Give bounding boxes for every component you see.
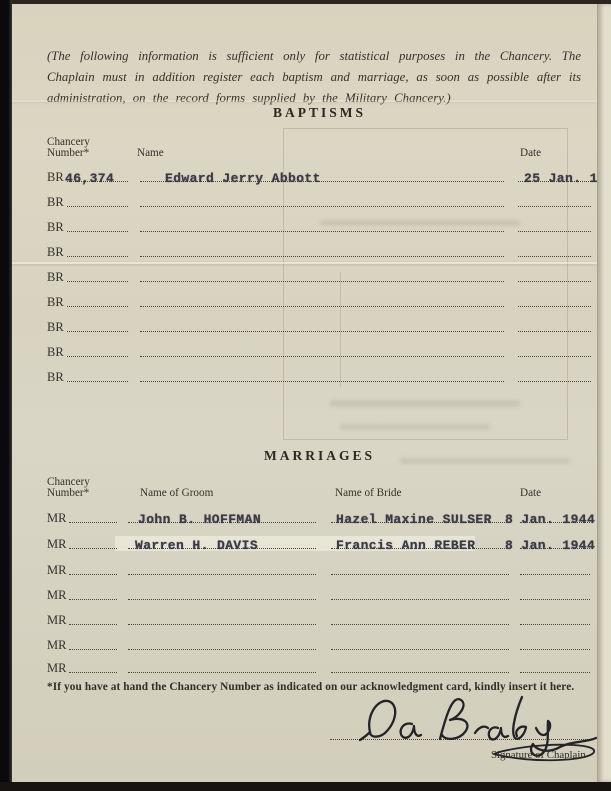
baptism-row: BR xyxy=(47,241,592,257)
bleed-through-text-smudge xyxy=(330,400,520,407)
marriage-row: MR xyxy=(47,657,592,673)
blank-line xyxy=(140,331,504,332)
marriage-row: MR xyxy=(47,584,592,600)
typed-marriage-date: 8 Jan. 1944 xyxy=(505,538,595,553)
blank-line xyxy=(69,522,117,523)
chancery-prefix: MR xyxy=(47,588,66,603)
blank-line xyxy=(140,356,504,357)
baptism-row: BR xyxy=(47,291,592,307)
blank-line xyxy=(518,231,591,232)
baptisms-chancery-header-line2: Number* xyxy=(47,147,89,159)
marriage-row: MR xyxy=(47,559,592,575)
chancery-prefix: BR xyxy=(47,170,64,185)
chancery-prefix: MR xyxy=(47,563,66,578)
typed-chancery-number: 46,374 xyxy=(65,171,114,186)
baptism-row: BR 46,374 Edward Jerry Abbott 25 Jan. 19… xyxy=(47,166,592,182)
blank-line xyxy=(67,306,128,307)
blank-line xyxy=(69,548,117,549)
blank-line xyxy=(69,574,117,575)
chancery-prefix: BR xyxy=(47,220,64,235)
typed-bride-name: Hazel Maxine SULSER xyxy=(336,512,492,527)
blank-line xyxy=(67,206,128,207)
chancery-prefix: BR xyxy=(47,245,64,260)
blank-line xyxy=(520,599,590,600)
blank-line xyxy=(520,672,590,673)
marriage-row: MR Warren H. DAVIS Francis Ann REBER 8 J… xyxy=(47,533,592,549)
blank-line xyxy=(128,624,316,625)
bleed-through-text-smudge xyxy=(340,424,490,430)
blank-line xyxy=(518,256,591,257)
blank-line xyxy=(518,381,591,382)
paper-crease xyxy=(12,262,597,264)
chancery-prefix: BR xyxy=(47,270,64,285)
marriages-bride-header: Name of Bride xyxy=(335,487,401,499)
chancery-prefix: MR xyxy=(47,537,66,552)
blank-line xyxy=(140,306,504,307)
baptism-row: BR xyxy=(47,216,592,232)
scan-edge-left xyxy=(0,0,12,791)
typed-groom-name: John B. HOFFMAN xyxy=(138,512,261,527)
paper-crease xyxy=(12,100,597,102)
blank-line xyxy=(331,672,509,673)
blank-line xyxy=(140,281,504,282)
typed-baptism-name: Edward Jerry Abbott xyxy=(165,171,321,186)
blank-line xyxy=(518,306,591,307)
marriage-row: MR John B. HOFFMAN Hazel Maxine SULSER 8… xyxy=(47,507,592,523)
scanned-chaplain-record-form: (The following information is sufficient… xyxy=(0,0,611,791)
blank-line xyxy=(518,331,591,332)
blank-line xyxy=(331,599,509,600)
blank-line xyxy=(128,599,316,600)
bleed-through-text-smudge xyxy=(400,458,570,464)
chancery-prefix: BR xyxy=(47,345,64,360)
typed-bride-name: Francis Ann REBER xyxy=(336,538,475,553)
baptisms-name-header: Name xyxy=(137,147,164,159)
blank-line xyxy=(140,256,504,257)
blank-line xyxy=(518,281,591,282)
blank-line xyxy=(69,599,117,600)
scan-edge-bottom xyxy=(0,782,611,791)
chancery-prefix: BR xyxy=(47,295,64,310)
blank-line xyxy=(331,624,509,625)
baptism-row: BR xyxy=(47,191,592,207)
marriage-row: MR xyxy=(47,609,592,625)
blank-line xyxy=(128,672,316,673)
blank-line xyxy=(140,381,504,382)
chancery-prefix: MR xyxy=(47,613,66,628)
chancery-prefix: BR xyxy=(47,195,64,210)
blank-line xyxy=(331,649,509,650)
chancery-prefix: MR xyxy=(47,661,66,676)
baptisms-section-title: BAPTISMS xyxy=(47,105,592,121)
marriages-date-header: Date xyxy=(520,487,541,499)
blank-line xyxy=(69,672,117,673)
typed-marriage-date: 8 Jan. 1944 xyxy=(505,512,595,527)
blank-line xyxy=(140,206,504,207)
blank-line xyxy=(67,331,128,332)
baptism-row: BR xyxy=(47,341,592,357)
blank-line xyxy=(67,356,128,357)
blank-line xyxy=(520,624,590,625)
signature-of-chaplain-label: Signature of Chaplain xyxy=(491,749,586,761)
marriages-groom-header: Name of Groom xyxy=(140,487,213,499)
marriages-chancery-header-line2: Number* xyxy=(47,487,89,499)
blank-line xyxy=(520,574,590,575)
chancery-prefix: MR xyxy=(47,511,66,526)
chancery-prefix: MR xyxy=(47,638,66,653)
blank-line xyxy=(69,624,117,625)
blank-line xyxy=(67,231,128,232)
blank-line xyxy=(128,574,316,575)
baptism-row: BR xyxy=(47,266,592,282)
baptism-row: BR xyxy=(47,316,592,332)
blank-line xyxy=(67,381,128,382)
blank-line xyxy=(520,649,590,650)
blank-line xyxy=(518,356,591,357)
blank-line xyxy=(69,649,117,650)
blank-line xyxy=(331,574,509,575)
blank-line xyxy=(140,231,504,232)
baptism-row: BR xyxy=(47,366,592,382)
blank-line xyxy=(67,256,128,257)
chancery-prefix: BR xyxy=(47,320,64,335)
marriage-row: MR xyxy=(47,634,592,650)
blank-line xyxy=(518,206,591,207)
typed-groom-name: Warren H. DAVIS xyxy=(135,538,258,553)
scan-edge-top xyxy=(0,0,611,4)
chancery-prefix: BR xyxy=(47,370,64,385)
blank-line xyxy=(67,281,128,282)
adjacent-page-edge xyxy=(597,4,611,782)
blank-line xyxy=(128,649,316,650)
